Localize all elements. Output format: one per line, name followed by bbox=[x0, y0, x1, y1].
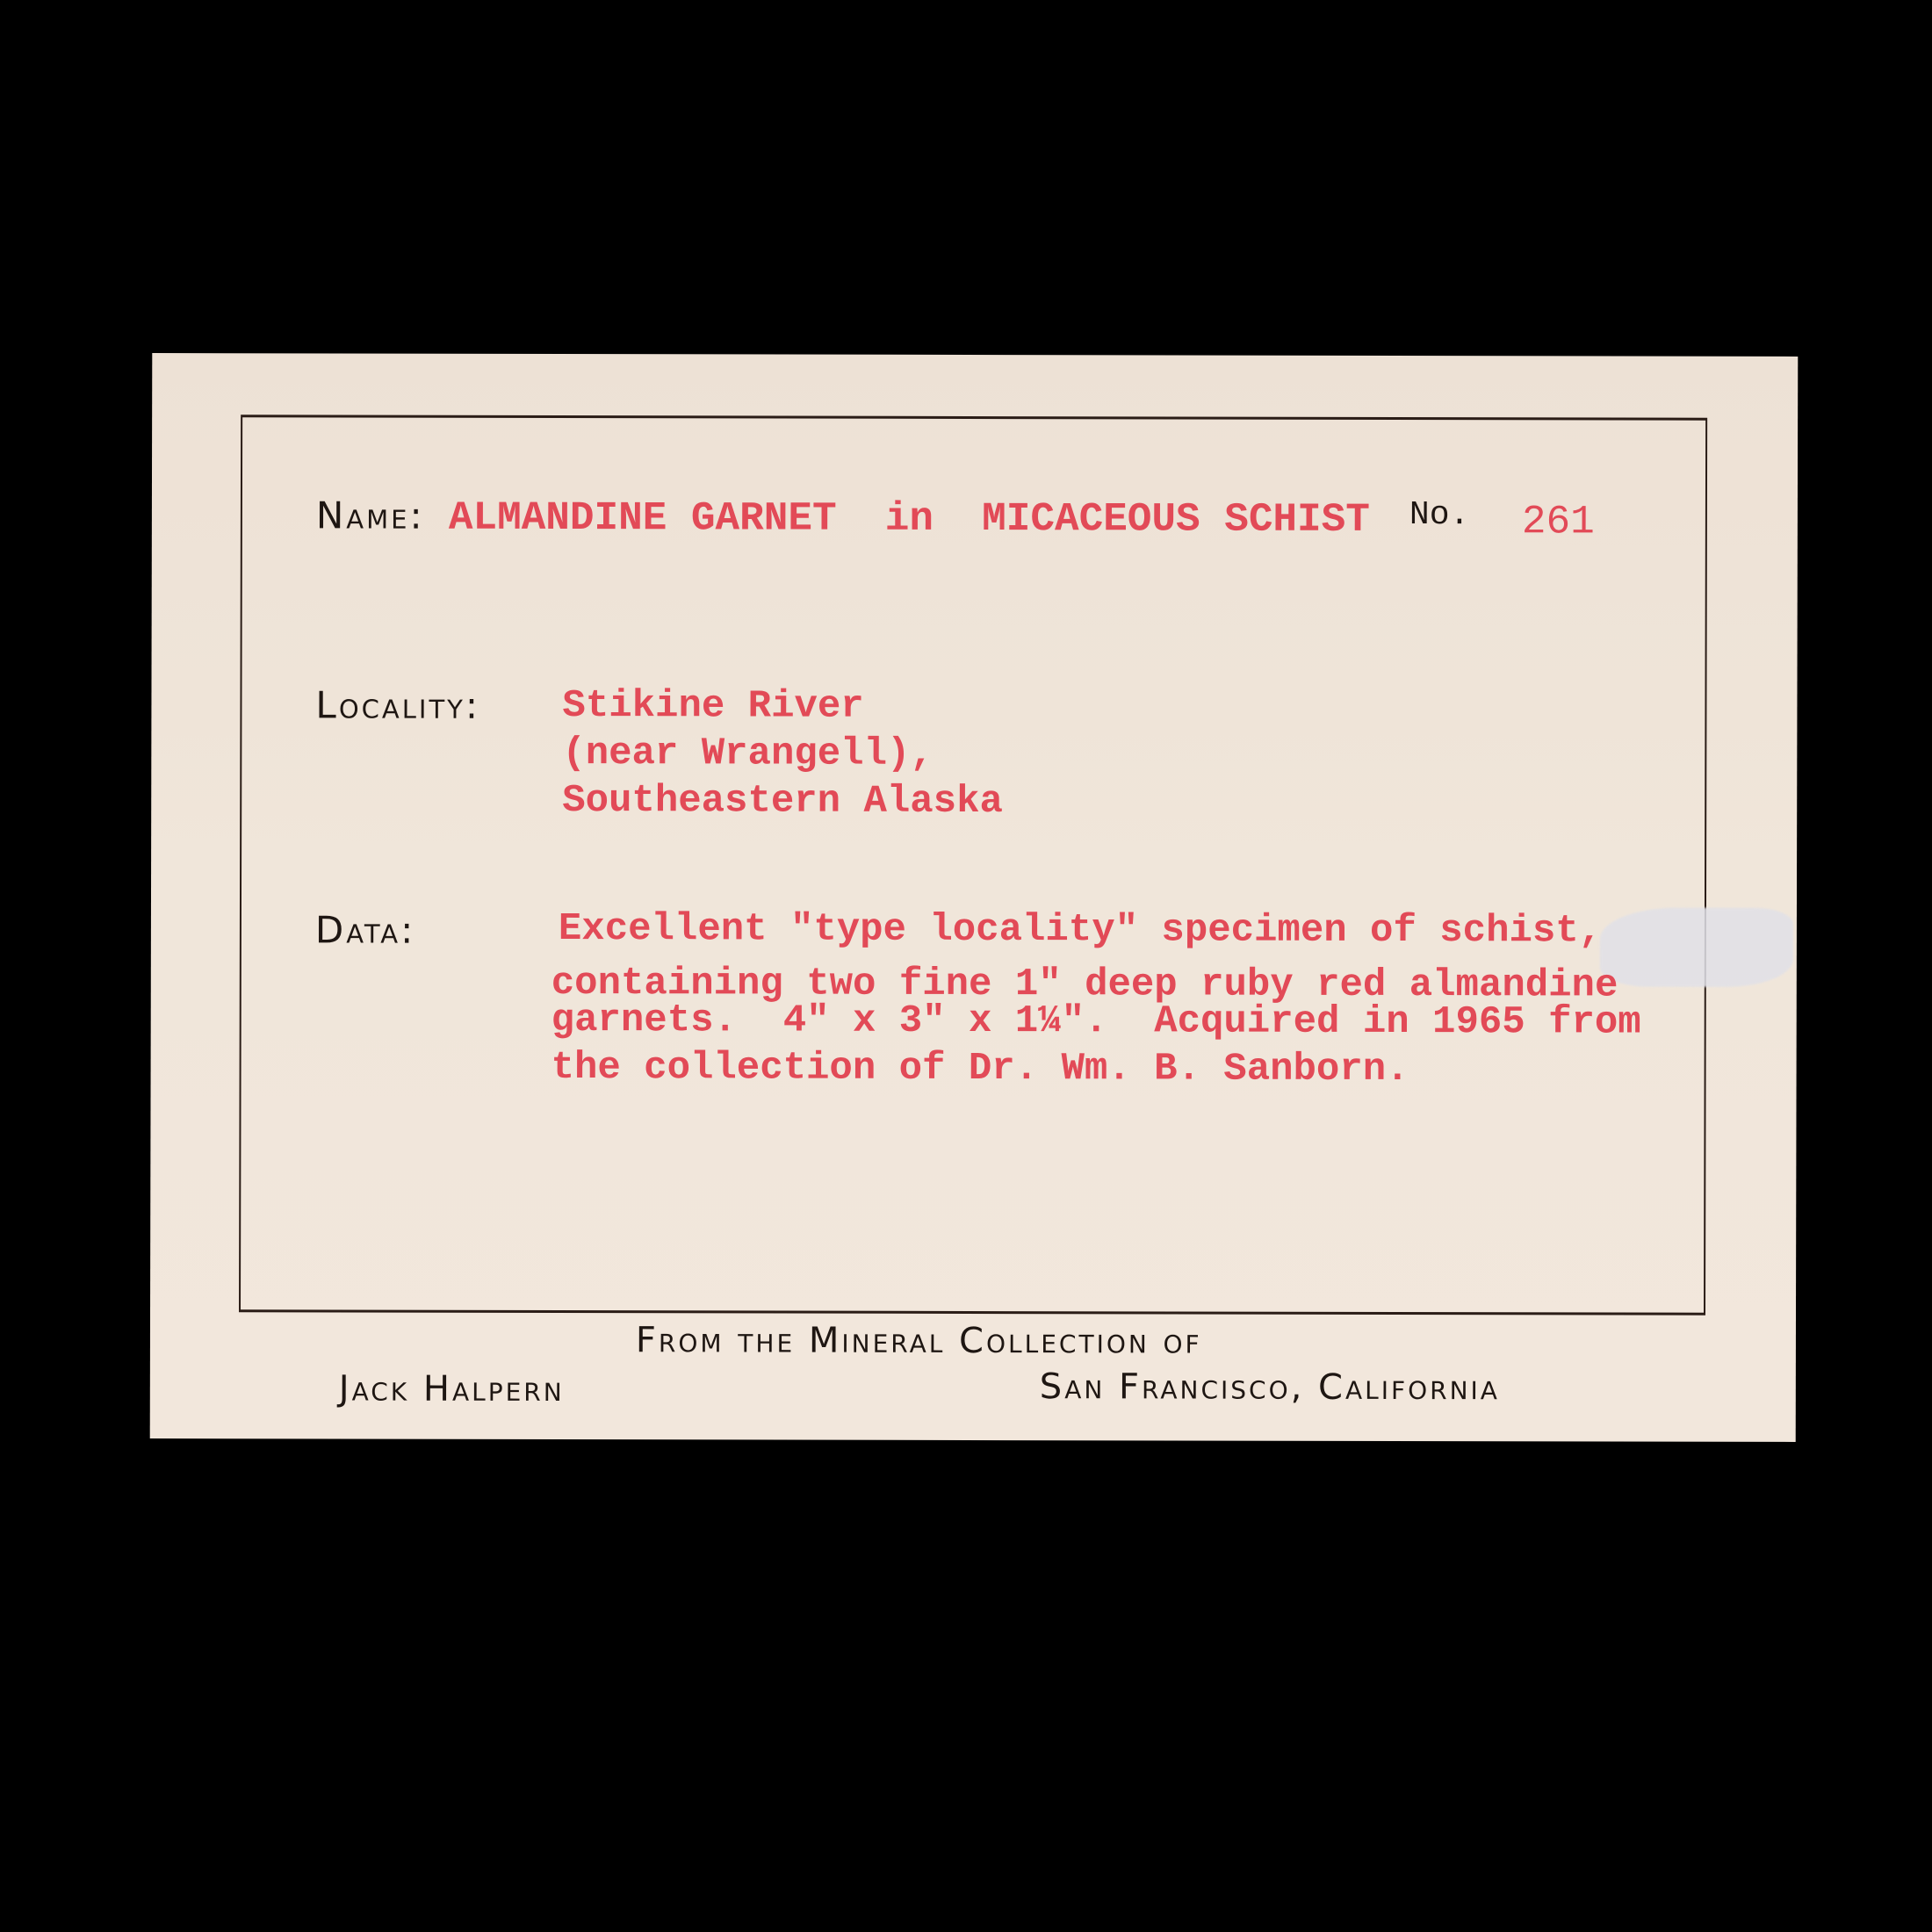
locality-label: Locality: bbox=[315, 683, 480, 726]
footer-heading: From the Mineral Collection of bbox=[636, 1320, 1202, 1361]
data-line-4: the collection of Dr. Wm. B. Sanborn. bbox=[551, 1044, 1409, 1093]
name-value: ALMANDINE GARNET in MICACEOUS SCHIST bbox=[449, 494, 1370, 544]
collector-name: Jack Halpern bbox=[339, 1368, 565, 1409]
locality-line-2: (near Wrangell), bbox=[562, 730, 934, 778]
number-label: No. bbox=[1409, 496, 1470, 534]
tape-residue bbox=[1600, 907, 1793, 986]
number-value: 261 bbox=[1522, 498, 1595, 545]
locality-line-3: Southeastern Alaska bbox=[562, 777, 1003, 825]
name-label: Name: bbox=[316, 494, 425, 537]
specimen-label-card: Name: ALMANDINE GARNET in MICACEOUS SCHI… bbox=[150, 353, 1799, 1442]
data-label: Data: bbox=[315, 908, 415, 951]
label-border-frame bbox=[239, 415, 1707, 1315]
collector-location: San Francisco, California bbox=[1040, 1366, 1500, 1408]
data-line-3: garnets. 4" x 3" x 1¼". Acquired in 1965… bbox=[551, 997, 1641, 1047]
locality-line-1: Stikine River bbox=[562, 682, 863, 731]
data-line-1: Excellent "type locality" specimen of sc… bbox=[559, 905, 1602, 955]
